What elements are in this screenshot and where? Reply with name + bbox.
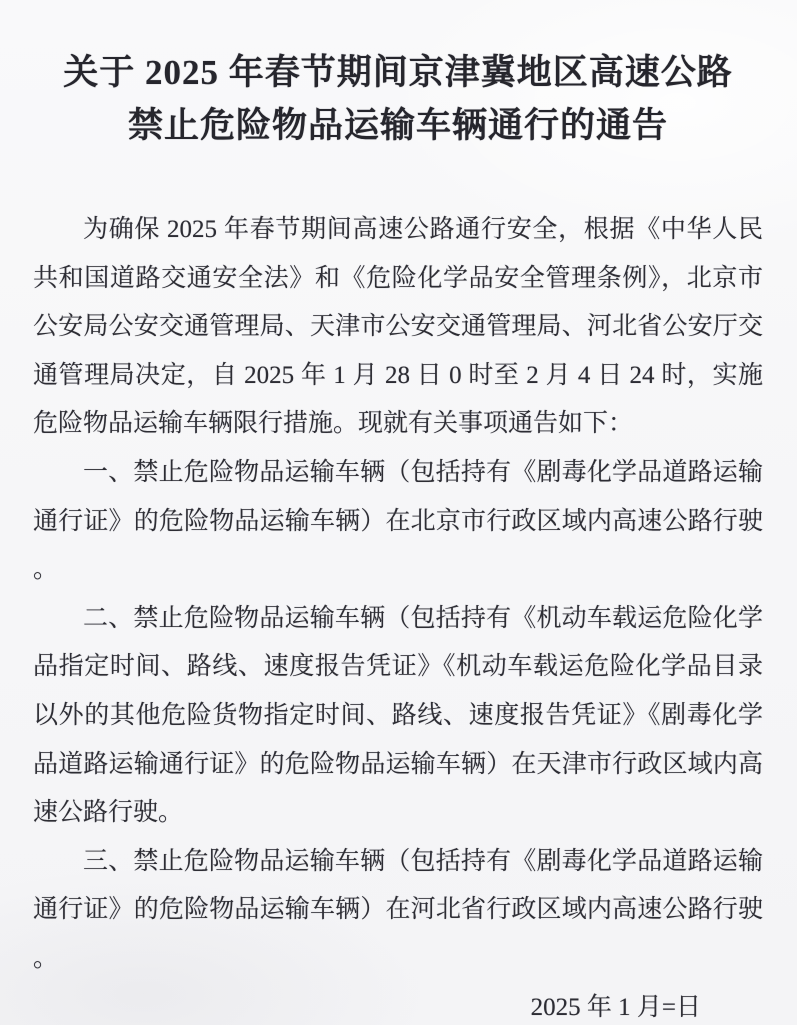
notice-date-line: 2025 年 1 月=日	[33, 984, 763, 1025]
notice-title: 关于 2025 年春节期间京津冀地区高速公路 禁止危险物品运输车辆通行的通告	[33, 46, 763, 152]
notice-body: 为确保 2025 年春节期间高速公路通行安全，根据《中华人民共和国道路交通安全法…	[33, 206, 763, 1025]
notice-title-line1: 关于 2025 年春节期间京津冀地区高速公路	[33, 46, 763, 99]
notice-paragraph-intro: 为确保 2025 年春节期间高速公路通行安全，根据《中华人民共和国道路交通安全法…	[33, 206, 763, 449]
notice-title-line2: 禁止危险物品运输车辆通行的通告	[33, 99, 763, 152]
notice-item-2: 二、禁止危险物品运输车辆（包括持有《机动车载运危险化学品指定时间、路线、速度报告…	[33, 595, 763, 838]
notice-item-3: 三、禁止危险物品运输车辆（包括持有《剧毒化学品道路运输通行证》的危险物品运输车辆…	[33, 838, 763, 984]
notice-item-1: 一、禁止危险物品运输车辆（包括持有《剧毒化学品道路运输通行证》的危险物品运输车辆…	[33, 449, 763, 595]
notice-document-page: 关于 2025 年春节期间京津冀地区高速公路 禁止危险物品运输车辆通行的通告 为…	[0, 0, 797, 1025]
